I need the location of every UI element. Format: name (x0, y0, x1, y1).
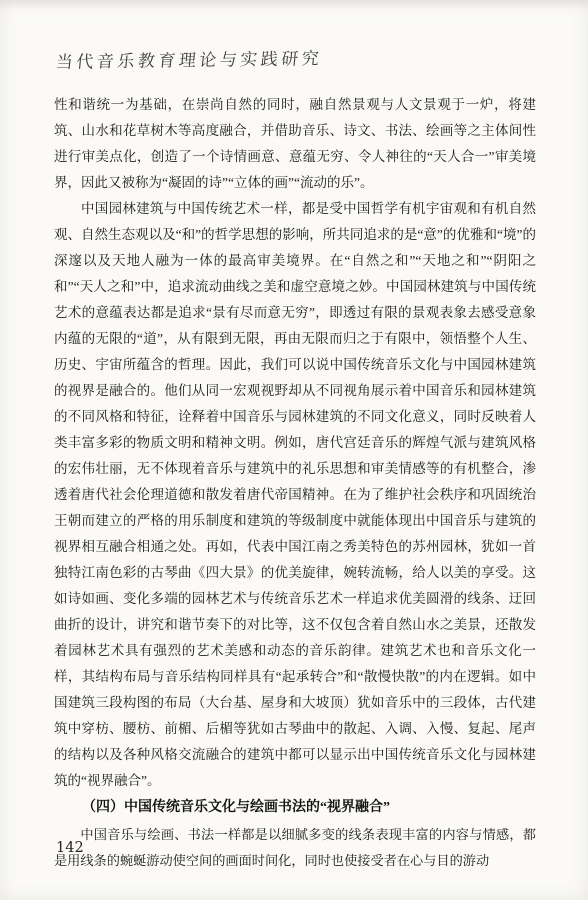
paragraph-section-intro: 中国音乐与绘画、书法一样都是以细腻多变的线条表现丰富的内容与情感，都是用线条的蜿… (54, 822, 536, 874)
scan-edge-shading (0, 0, 588, 10)
paragraph-main: 中国园林建筑与中国传统艺术一样，都是受中国哲学有机宇宙观和有机自然观、自然生态观… (54, 196, 536, 794)
paragraph-continuation: 性和谐统一为基础，在崇尚自然的同时，融自然景观与人文景观于一炉，将建筑、山水和花… (54, 92, 536, 196)
page-number: 142 (56, 838, 84, 858)
section-heading: （四）中国传统音乐文化与绘画书法的“视界融合” (54, 795, 536, 821)
running-head: 当代音乐教育理论与实践研究 (55, 44, 324, 73)
body-text-block: 性和谐统一为基础，在崇尚自然的同时，融自然景观与人文景观于一炉，将建筑、山水和花… (54, 92, 536, 874)
book-page: 当代音乐教育理论与实践研究 性和谐统一为基础，在崇尚自然的同时，融自然景观与人文… (0, 0, 588, 900)
